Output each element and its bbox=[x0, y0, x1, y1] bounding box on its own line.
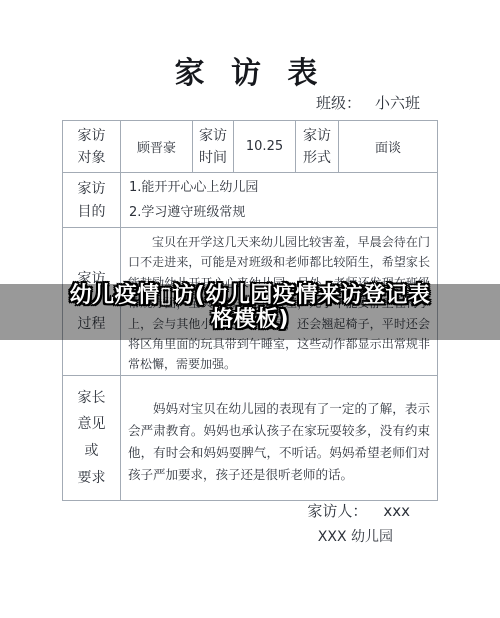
table-row-purpose: 家访 目的 1.能开开心心上幼儿园 2.学习遵守班级常规 bbox=[63, 173, 438, 228]
cell-time-value: 10.25 bbox=[234, 121, 296, 173]
cell-time-label: 家访 时间 bbox=[193, 121, 234, 173]
purpose-item-1: 1.能开开心心上幼儿园 bbox=[129, 175, 437, 200]
home-visit-form-page: 家 访 表 班级：小六班 家访 对象 顾晋豪 家访 时间 10.25 bbox=[0, 0, 500, 618]
class-value: 小六班 bbox=[375, 94, 420, 112]
parent-label-line4: 要求 bbox=[78, 470, 106, 486]
visitor-field: 家访人：xxx bbox=[0, 500, 500, 521]
purpose-item-2: 2.学习遵守班级常规 bbox=[129, 200, 437, 225]
parent-label-line1: 家长 bbox=[78, 390, 106, 406]
form-label-line1: 家访 bbox=[303, 128, 331, 144]
cell-subject-label: 家访 对象 bbox=[63, 121, 121, 173]
table-row-subject: 家访 对象 顾晋豪 家访 时间 10.25 家访 形式 面谈 bbox=[63, 121, 438, 173]
watermark-overlay-band: 幼儿疫情▯访(幼儿园疫情来访登记表 格模板) bbox=[0, 284, 500, 340]
visitor-value: xxx bbox=[383, 502, 410, 520]
cell-parent-content: 妈妈对宝贝在幼儿园的表现有了一定的了解，表示会严肃教育。妈妈也承认孩子在家玩耍较… bbox=[121, 375, 438, 500]
school-name: XXX 幼儿园 bbox=[0, 526, 500, 546]
cell-purpose-label: 家访 目的 bbox=[63, 173, 121, 228]
class-field: 班级：小六班 bbox=[0, 92, 500, 113]
watermark-title-line2: 格模板) bbox=[211, 308, 289, 332]
form-label-line2: 形式 bbox=[303, 150, 331, 166]
page-title: 家 访 表 bbox=[0, 48, 500, 92]
cell-purpose-content: 1.能开开心心上幼儿园 2.学习遵守班级常规 bbox=[121, 173, 438, 228]
purpose-label-line2: 目的 bbox=[78, 204, 106, 220]
subject-label-line2: 对象 bbox=[78, 150, 106, 166]
visitor-label: 家访人： bbox=[307, 502, 367, 520]
time-label-line2: 时间 bbox=[199, 150, 227, 166]
time-label-line1: 家访 bbox=[199, 128, 227, 144]
cell-form-value: 面谈 bbox=[339, 121, 438, 173]
class-label: 班级： bbox=[316, 94, 361, 112]
purpose-label-line1: 家访 bbox=[78, 181, 106, 197]
parent-label-line3: 或 bbox=[85, 443, 99, 459]
parent-text: 妈妈对宝贝在幼儿园的表现有了一定的了解，表示会严肃教育。妈妈也承认孩子在家玩耍较… bbox=[121, 390, 437, 486]
cell-subject-value: 顾晋豪 bbox=[121, 121, 193, 173]
cell-parent-label: 家长 意见 或 要求 bbox=[63, 375, 121, 500]
table-row-parent: 家长 意见 或 要求 妈妈对宝贝在幼儿园的表现有了一定的了解，表示会严肃教育。妈… bbox=[63, 375, 438, 500]
watermark-title-line1: 幼儿疫情▯访(幼儿园疫情来访登记表 bbox=[70, 284, 431, 308]
subject-label-line1: 家访 bbox=[78, 128, 106, 144]
parent-label-line2: 意见 bbox=[78, 416, 106, 432]
cell-form-label: 家访 形式 bbox=[296, 121, 339, 173]
